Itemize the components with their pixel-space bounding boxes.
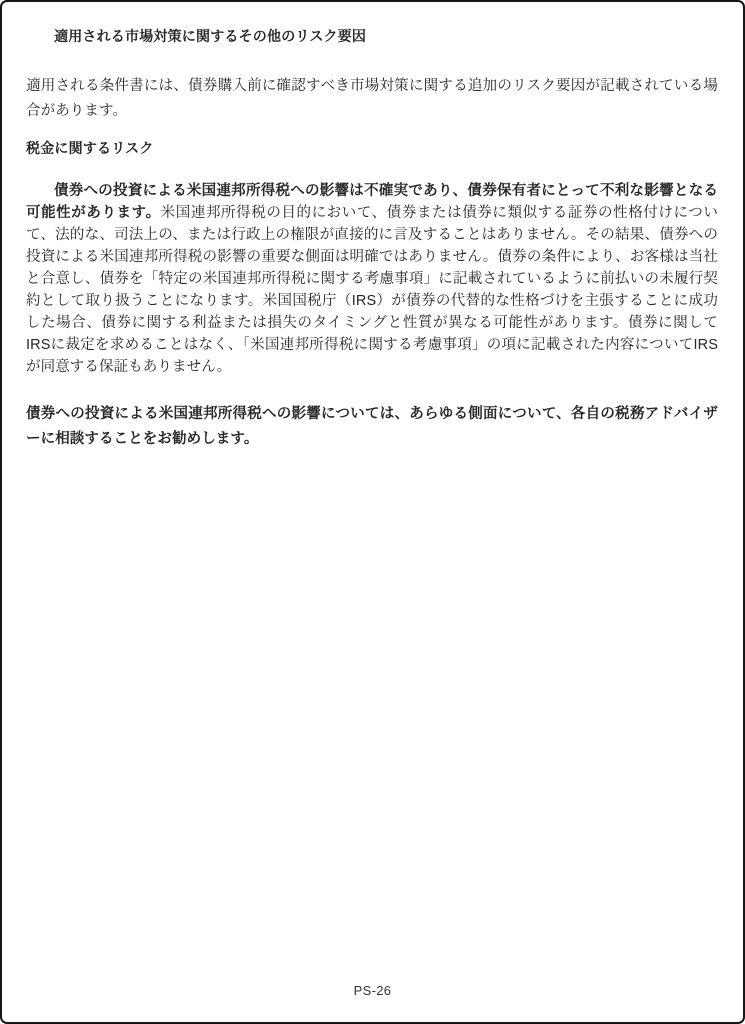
paragraph-applicable-terms: 適用される条件書には、債券購入前に確認すべき市場対策に関する追加のリスク要因が記… — [26, 74, 718, 124]
page-number: PS-26 — [2, 983, 743, 998]
document-content: 適用される市場対策に関するその他のリスク要因 適用される条件書には、債券購入前に… — [2, 2, 743, 452]
paragraph-us-federal-tax-body: 米国連邦所得税の目的において、債券または債券に類似する証券の性格付けについて、法… — [26, 205, 718, 375]
paragraph-us-federal-tax: 債券への投資による米国連邦所得税への影響は不確実であり、債券保有者にとって不利な… — [26, 180, 718, 378]
document-page: 適用される市場対策に関するその他のリスク要因 適用される条件書には、債券購入前に… — [0, 0, 745, 1024]
paragraph-consult-tax-advisor: 債券への投資による米国連邦所得税への影響については、あらゆる側面について、各自の… — [26, 402, 718, 452]
heading-market-measures-risk-factors: 適用される市場対策に関するその他のリスク要因 — [26, 26, 718, 46]
heading-tax-risk: 税金に関するリスク — [26, 138, 718, 158]
